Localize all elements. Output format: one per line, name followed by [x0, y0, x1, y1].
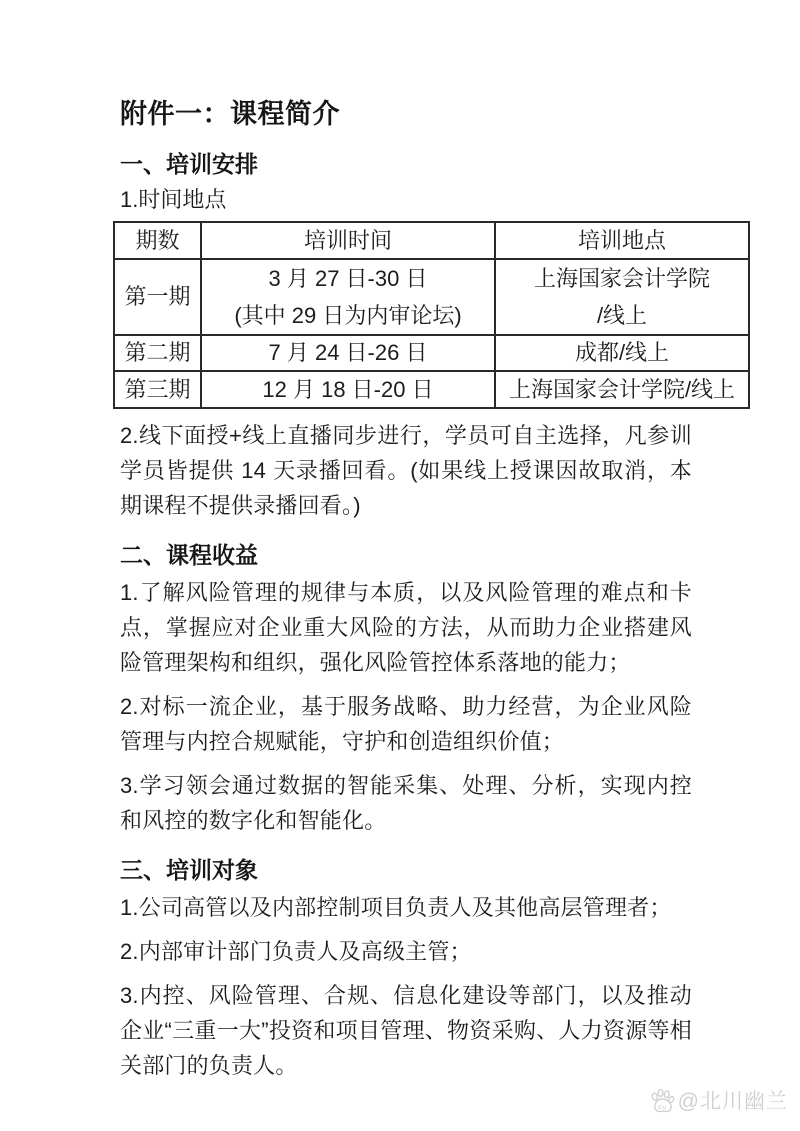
- page-title: 附件一：课程简介: [120, 0, 692, 132]
- cell-time-2: 7 月 24 日-26 日: [201, 335, 495, 371]
- col-header-location: 培训地点: [495, 222, 749, 259]
- svg-text:du: du: [658, 1104, 667, 1111]
- training-schedule-table: 期数 培训时间 培训地点 第一期 3 月 27 日-30 日 (其中 29 日为…: [113, 221, 750, 409]
- col-header-time: 培训时间: [201, 222, 495, 259]
- section-3-heading: 三、培训对象: [120, 852, 692, 888]
- cell-period-3: 第三期: [114, 371, 201, 408]
- col-header-period: 期数: [114, 222, 201, 259]
- section-3-item-3: 3.内控、风险管理、合规、信息化建设等部门，以及推动企业“三重一大”投资和项目管…: [120, 978, 692, 1083]
- baidu-paw-icon: du: [649, 1087, 676, 1114]
- cell-time-3: 12 月 18 日-20 日: [201, 371, 495, 408]
- section-3-item-2: 2.内部审计部门负责人及高级主管；: [120, 934, 692, 969]
- watermark-text: @北川幽兰: [678, 1085, 788, 1115]
- training-schedule-table-wrap: 期数 培训时间 培训地点 第一期 3 月 27 日-30 日 (其中 29 日为…: [113, 221, 692, 409]
- section-2-heading: 二、课程收益: [120, 537, 692, 573]
- watermark: du @北川幽兰: [649, 1085, 788, 1115]
- cell-period-2: 第二期: [114, 335, 201, 371]
- table-row-session-3: 第三期 12 月 18 日-20 日 上海国家会计学院/线上: [114, 371, 749, 408]
- cell-period-1: 第一期: [114, 259, 201, 335]
- cell-time-1: 3 月 27 日-30 日 (其中 29 日为内审论坛): [201, 259, 495, 335]
- document-page: 附件一：课程简介 一、培训安排 1.时间地点 期数 培训时间 培训地点: [0, 0, 800, 1131]
- table-row-session-2: 第二期 7 月 24 日-26 日 成都/线上: [114, 335, 749, 371]
- section-1-note: 2.线下面授+线上直播同步进行，学员可自主选择，凡参训学员皆提供 14 天录播回…: [120, 418, 692, 523]
- section-1-subheading: 1.时间地点: [120, 182, 692, 218]
- document-content: 附件一：课程简介 一、培训安排 1.时间地点 期数 培训时间 培训地点: [120, 0, 692, 1083]
- section-2-item-3: 3.学习领会通过数据的智能采集、处理、分析，实现内控和风控的数字化和智能化。: [120, 768, 692, 838]
- section-1-heading: 一、培训安排: [120, 146, 692, 182]
- section-2-item-1: 1.了解风险管理的规律与本质，以及风险管理的难点和卡点，掌握应对企业重大风险的方…: [120, 575, 692, 680]
- section-3-item-1: 1.公司高管以及内部控制项目负责人及其他高层管理者；: [120, 890, 692, 925]
- cell-location-1: 上海国家会计学院 /线上: [495, 259, 749, 335]
- table-header-row: 期数 培训时间 培训地点: [114, 222, 749, 259]
- table-row-session-1: 第一期 3 月 27 日-30 日 (其中 29 日为内审论坛) 上海国家会计学…: [114, 259, 749, 335]
- cell-location-3: 上海国家会计学院/线上: [495, 371, 749, 408]
- cell-location-2: 成都/线上: [495, 335, 749, 371]
- section-2-item-2: 2.对标一流企业，基于服务战略、助力经营，为企业风险管理与内控合规赋能，守护和创…: [120, 689, 692, 759]
